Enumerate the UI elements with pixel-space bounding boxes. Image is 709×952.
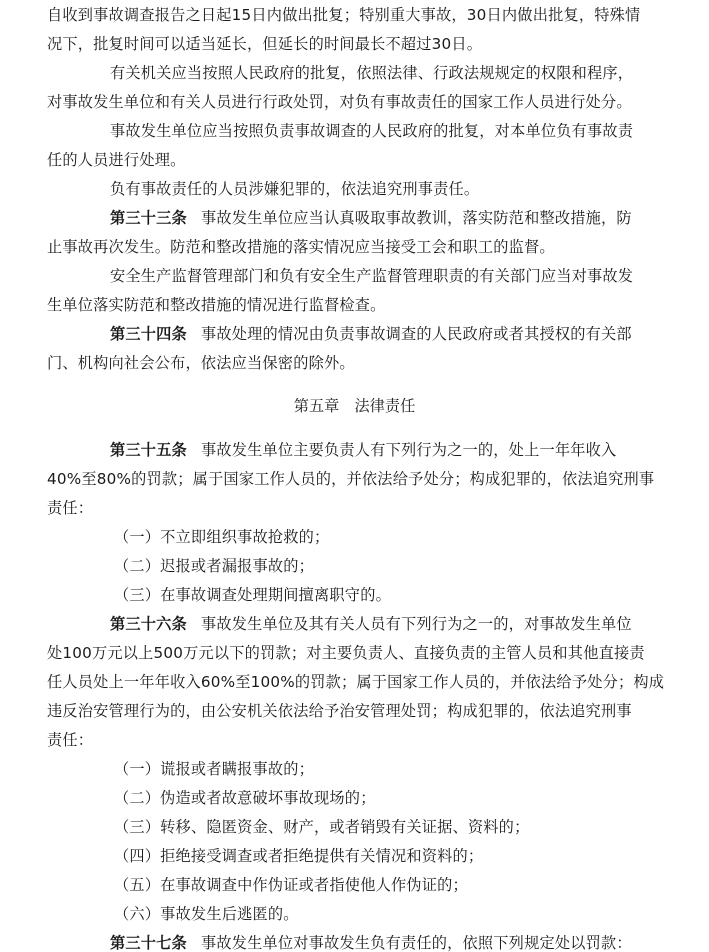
- article-label: 第三十七条: [110, 934, 187, 952]
- article-label: 第三十三条: [110, 209, 187, 227]
- paragraph-line: 40%至80%的罚款；属于国家工作人员的，并依法给予处分；构成犯罪的，依法追究刑…: [47, 469, 654, 489]
- article-text: 事故发生单位主要负责人有下列行为之一的，处上一年年收入: [201, 441, 616, 459]
- list-item: （六）事故发生后逃匿的。: [114, 904, 299, 924]
- paragraph-line: 处100万元以上500万元以下的罚款；对主要负责人、直接负责的主管人员和其他直接…: [47, 643, 645, 663]
- paragraph-line: 安全生产监督管理部门和负有安全生产监督管理职责的有关部门应当对事故发: [110, 266, 633, 286]
- article-35-line: 第三十五条事故发生单位主要负责人有下列行为之一的，处上一年年收入: [110, 440, 616, 460]
- article-37-line: 第三十七条事故发生单位对事故发生负有责任的，依照下列规定处以罚款：: [110, 933, 632, 952]
- document-page: 自收到事故调查报告之日起15日内做出批复；特别重大事故，30日内做出批复，特殊情…: [0, 0, 709, 952]
- article-label: 第三十五条: [110, 441, 187, 459]
- paragraph-line: 责任：: [47, 498, 93, 518]
- paragraph-line: 自收到事故调查报告之日起15日内做出批复；特别重大事故，30日内做出批复，特殊情: [47, 5, 640, 25]
- list-item: （一）谎报或者瞒报事故的；: [114, 759, 314, 779]
- paragraph-line: 生单位落实防范和整改措施的情况进行监督检查。: [47, 295, 386, 315]
- article-34-line: 第三十四条事故处理的情况由负责事故调查的人民政府或者其授权的有关部: [110, 324, 632, 344]
- article-33-line: 第三十三条事故发生单位应当认真吸取事故教训，落实防范和整改措施，防: [110, 208, 632, 228]
- list-item: （一）不立即组织事故抢救的；: [114, 527, 329, 547]
- paragraph-line: 况下，批复时间可以适当延长，但延长的时间最长不超过30日。: [47, 34, 482, 54]
- list-item: （五）在事故调查中作伪证或者指使他人作伪证的；: [114, 875, 468, 895]
- list-item: （四）拒绝接受调查或者拒绝提供有关情况和资料的；: [114, 846, 483, 866]
- article-label: 第三十四条: [110, 325, 187, 343]
- paragraph-line: 任的人员进行处理。: [47, 150, 186, 170]
- list-item: （二）伪造或者故意破坏事故现场的；: [114, 788, 376, 808]
- list-item: （三）转移、隐匿资金、财产，或者销毁有关证据、资料的；: [114, 817, 529, 837]
- article-36-line: 第三十六条事故发生单位及其有关人员有下列行为之一的，对事故发生单位: [110, 614, 632, 634]
- paragraph-line: 对事故发生单位和有关人员进行行政处罚，对负有事故责任的国家工作人员进行处分。: [47, 92, 632, 112]
- paragraph-line: 责任：: [47, 730, 93, 750]
- paragraph-line: 事故发生单位应当按照负责事故调查的人民政府的批复，对本单位负有事故责: [110, 121, 633, 141]
- article-label: 第三十六条: [110, 615, 187, 633]
- paragraph-line: 违反治安管理行为的，由公安机关依法给予治安管理处罚；构成犯罪的，依法追究刑事: [47, 701, 632, 721]
- article-text: 事故发生单位及其有关人员有下列行为之一的，对事故发生单位: [201, 615, 632, 633]
- chapter-heading: 第五章 法律责任: [0, 396, 709, 416]
- article-text: 事故处理的情况由负责事故调查的人民政府或者其授权的有关部: [201, 325, 632, 343]
- paragraph-line: 有关机关应当按照人民政府的批复，依照法律、行政法规规定的权限和程序，: [110, 63, 633, 83]
- paragraph-line: 负有事故责任的人员涉嫌犯罪的，依法追究刑事责任。: [110, 179, 479, 199]
- article-text: 事故发生单位对事故发生负有责任的，依照下列规定处以罚款：: [201, 934, 632, 952]
- list-item: （三）在事故调查处理期间擅离职守的。: [114, 585, 391, 605]
- paragraph-line: 任人员处上一年年收入60%至100%的罚款；属于国家工作人员的，并依法给予处分；…: [47, 672, 664, 692]
- article-text: 事故发生单位应当认真吸取事故教训，落实防范和整改措施，防: [201, 209, 632, 227]
- list-item: （二）迟报或者漏报事故的；: [114, 556, 314, 576]
- paragraph-line: 门、机构向社会公布，依法应当保密的除外。: [47, 353, 355, 373]
- paragraph-line: 止事故再次发生。防范和整改措施的落实情况应当接受工会和职工的监督。: [47, 237, 555, 257]
